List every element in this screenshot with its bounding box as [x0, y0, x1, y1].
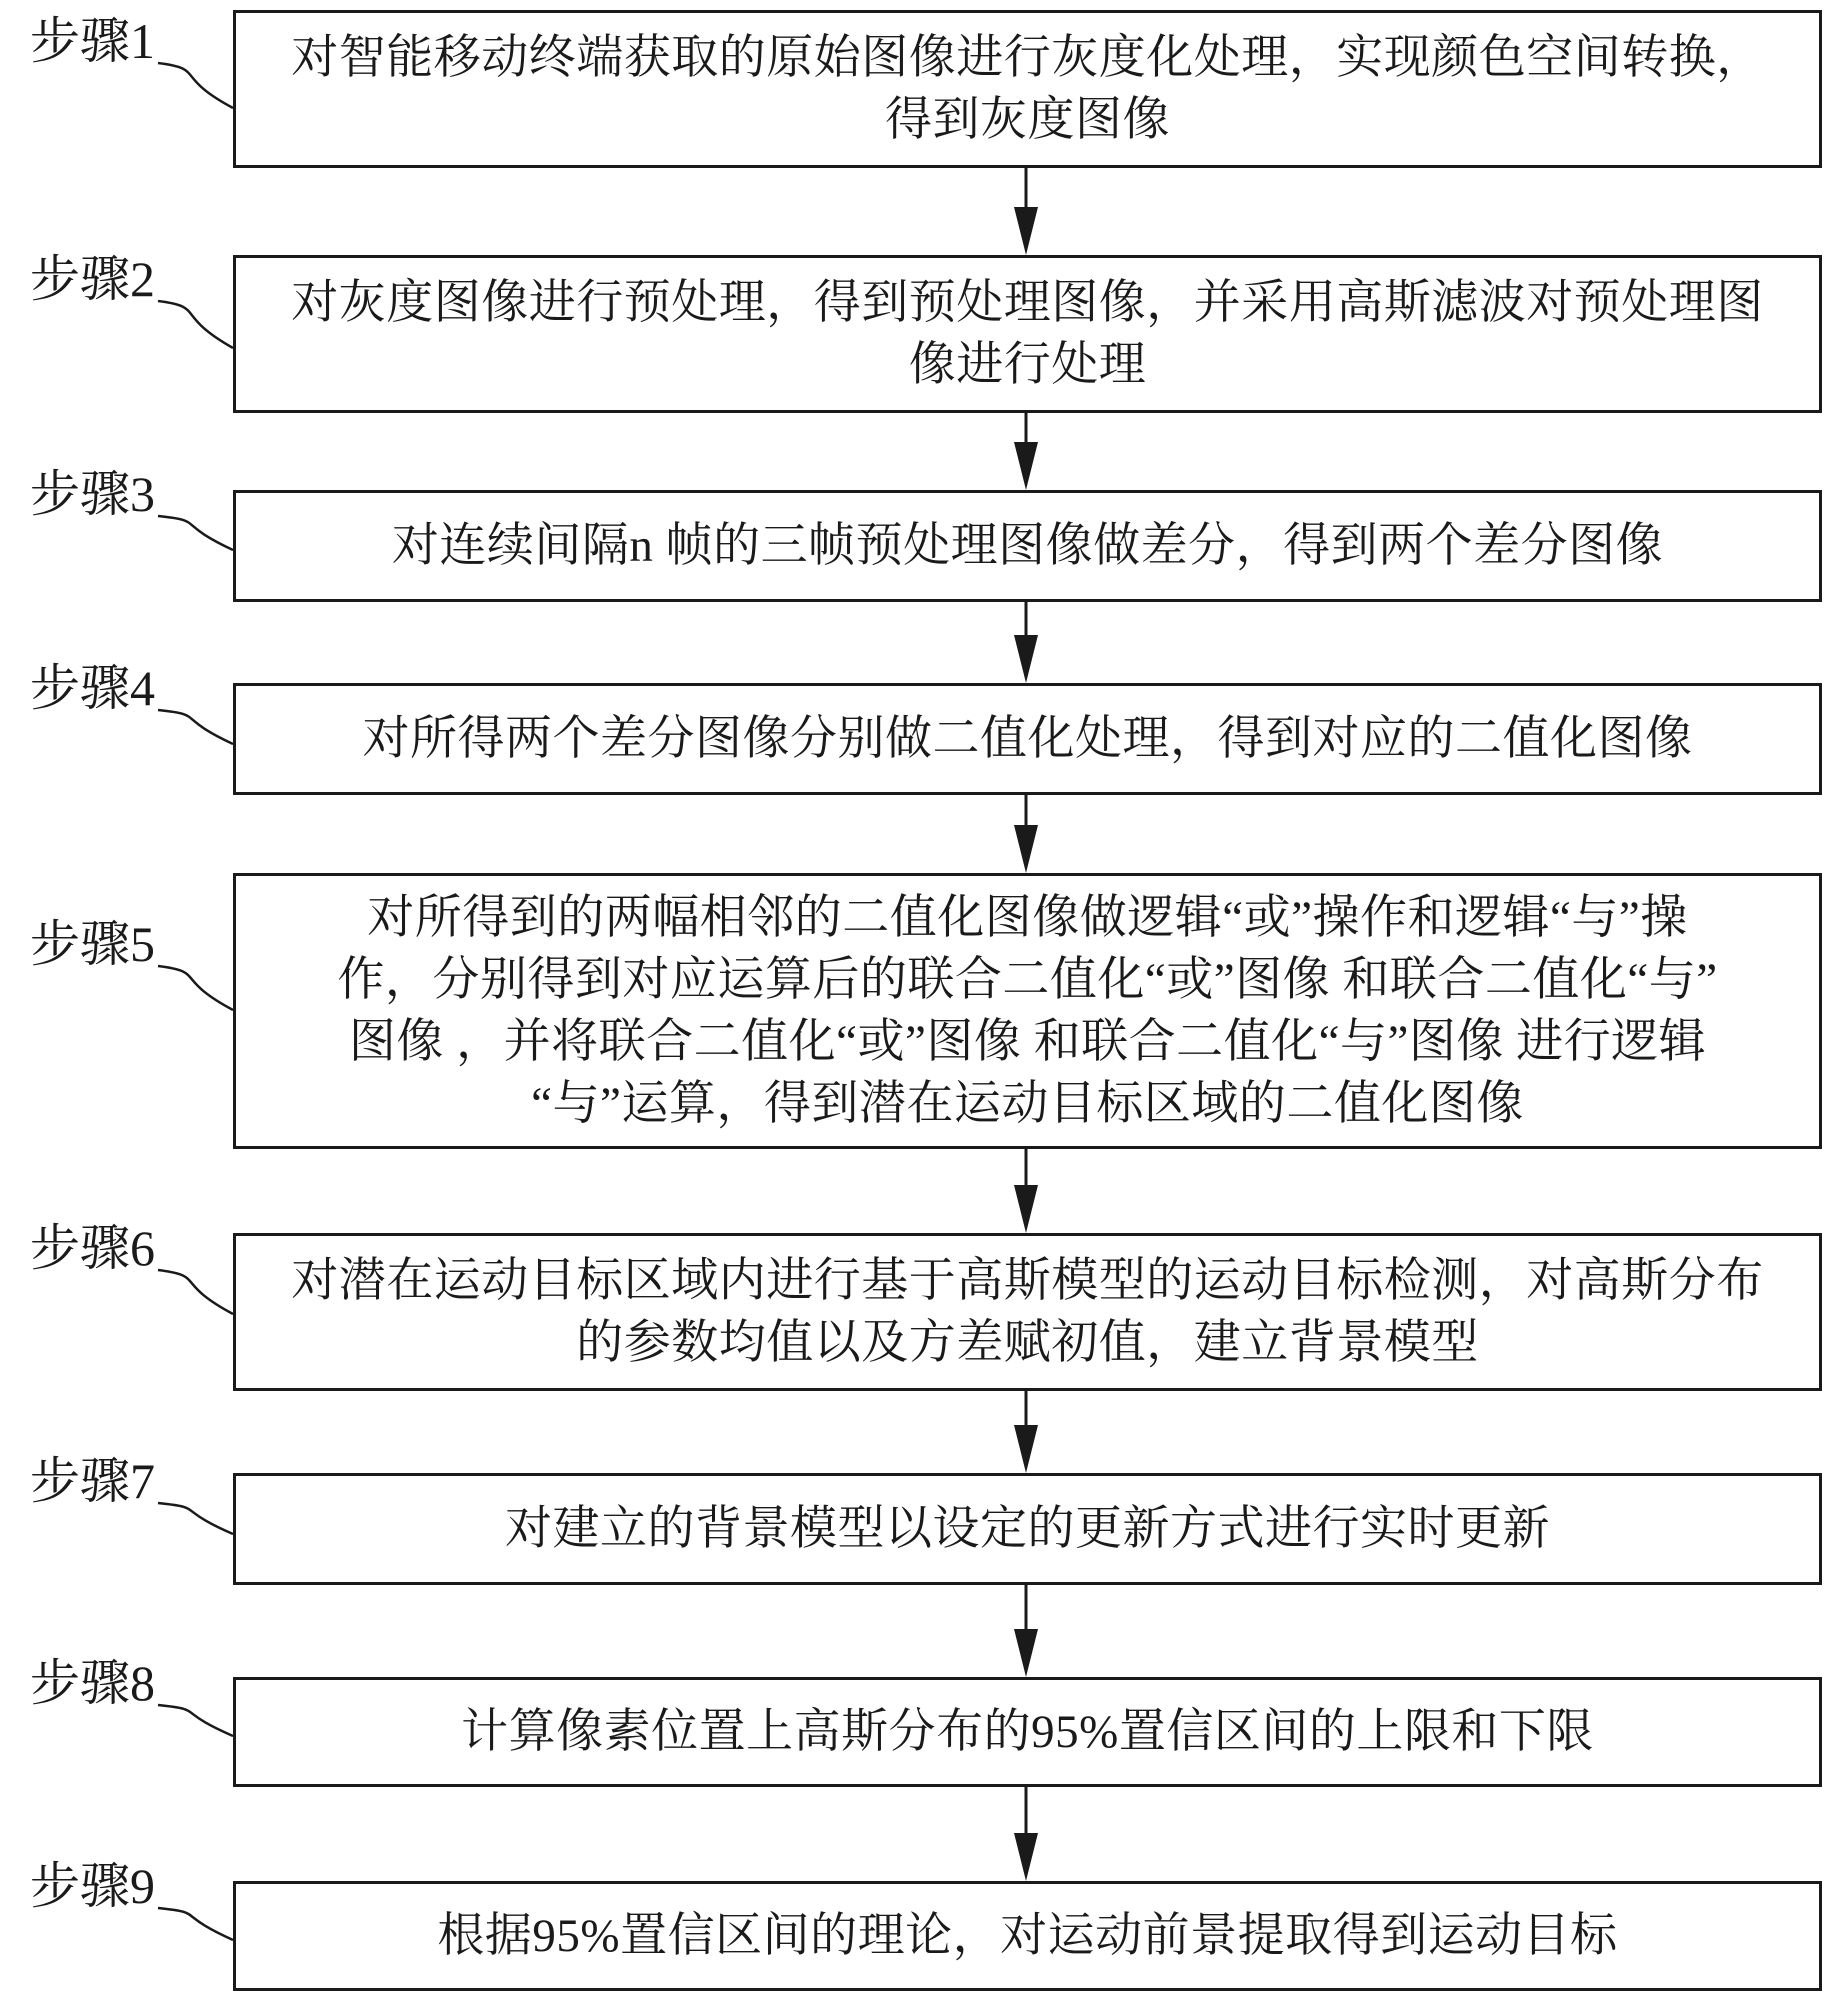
- step-box-text-line: 计算像素位置上高斯分布的95%置信区间的上限和下限: [461, 1701, 1594, 1763]
- flow-arrow: [1014, 1148, 1038, 1233]
- step-box-4: 对所得两个差分图像分别做二值化处理，得到对应的二值化图像: [233, 683, 1822, 795]
- connector-curve: [158, 710, 233, 744]
- step-label-3: 步骤3: [30, 468, 210, 520]
- connector-curve: [158, 1503, 233, 1534]
- flow-arrow: [1014, 1786, 1038, 1881]
- flow-arrow: [1014, 601, 1038, 683]
- step-box-text-line: 得到灰度图像: [885, 89, 1170, 151]
- step-box-3: 对连续间隔n 帧的三帧预处理图像做差分，得到两个差分图像: [233, 490, 1822, 602]
- connector-curve: [158, 1270, 233, 1314]
- step-box-5: 对所得到的两幅相邻的二值化图像做逻辑“或”操作和逻辑“与”操 作，分别得到对应运…: [233, 873, 1822, 1149]
- step-label-2: 步骤2: [30, 253, 210, 305]
- step-box-text-line: 对建立的背景模型以设定的更新方式进行实时更新: [505, 1498, 1550, 1560]
- connector-curve: [158, 966, 233, 1010]
- step-label-9: 步骤9: [30, 1860, 210, 1912]
- step-box-2: 对灰度图像进行预处理，得到预处理图像，并采用高斯滤波对预处理图 像进行处理: [233, 255, 1822, 413]
- step-box-6: 对潜在运动目标区域内进行基于高斯模型的运动目标检测，对高斯分布 的参数均值以及方…: [233, 1233, 1822, 1391]
- step-box-text-line: “与”运算，得到潜在运动目标区域的二值化图像: [531, 1073, 1524, 1135]
- connector-curve: [158, 516, 233, 550]
- step-label-6: 步骤6: [30, 1222, 210, 1274]
- flow-arrow: [1014, 1390, 1038, 1473]
- step-label-1: 步骤1: [30, 15, 210, 67]
- connector-curve: [158, 1705, 233, 1736]
- step-box-9: 根据95%置信区间的理论，对运动前景提取得到运动目标: [233, 1881, 1822, 1991]
- flow-arrow: [1014, 794, 1038, 873]
- step-label-7: 步骤7: [30, 1455, 210, 1507]
- step-box-text-line: 像进行处理: [909, 334, 1147, 396]
- step-box-text-line: 对所得到的两幅相邻的二值化图像做逻辑“或”操作和逻辑“与”操: [367, 887, 1687, 949]
- step-box-text-line: 对连续间隔n 帧的三帧预处理图像做差分，得到两个差分图像: [392, 515, 1663, 577]
- step-box-text-line: 对潜在运动目标区域内进行基于高斯模型的运动目标检测，对高斯分布: [291, 1250, 1764, 1312]
- step-box-text-line: 图像 ，并将联合二值化“或”图像 和联合二值化“与”图像 进行逻辑: [349, 1011, 1706, 1073]
- step-label-5: 步骤5: [30, 918, 210, 970]
- step-label-8: 步骤8: [30, 1657, 210, 1709]
- step-box-text-line: 对所得两个差分图像分别做二值化处理，得到对应的二值化图像: [363, 708, 1693, 770]
- connector-curve: [158, 301, 233, 348]
- step-box-text-line: 作，分别得到对应运算后的联合二值化“或”图像 和联合二值化“与”: [337, 949, 1717, 1011]
- flow-arrow: [1014, 167, 1038, 255]
- connector-curve: [158, 1908, 233, 1940]
- flow-arrow: [1014, 412, 1038, 490]
- connector-curve: [158, 63, 233, 108]
- step-box-8: 计算像素位置上高斯分布的95%置信区间的上限和下限: [233, 1677, 1822, 1787]
- step-box-1: 对智能移动终端获取的原始图像进行灰度化处理，实现颜色空间转换， 得到灰度图像: [233, 10, 1822, 168]
- flow-arrow: [1014, 1584, 1038, 1677]
- step-box-text-line: 的参数均值以及方差赋初值，建立背景模型: [576, 1312, 1479, 1374]
- step-box-text-line: 对智能移动终端获取的原始图像进行灰度化处理，实现颜色空间转换，: [291, 27, 1764, 89]
- flowchart: 步骤1 步骤2 步骤3 步骤4 步骤5 步骤6 步骤7 步骤8 步骤9 对智能移…: [0, 0, 1838, 1999]
- step-box-text-line: 对灰度图像进行预处理，得到预处理图像，并采用高斯滤波对预处理图: [291, 272, 1764, 334]
- step-label-4: 步骤4: [30, 662, 210, 714]
- step-box-7: 对建立的背景模型以设定的更新方式进行实时更新: [233, 1473, 1822, 1585]
- step-box-text-line: 根据95%置信区间的理论，对运动前景提取得到运动目标: [437, 1905, 1617, 1967]
